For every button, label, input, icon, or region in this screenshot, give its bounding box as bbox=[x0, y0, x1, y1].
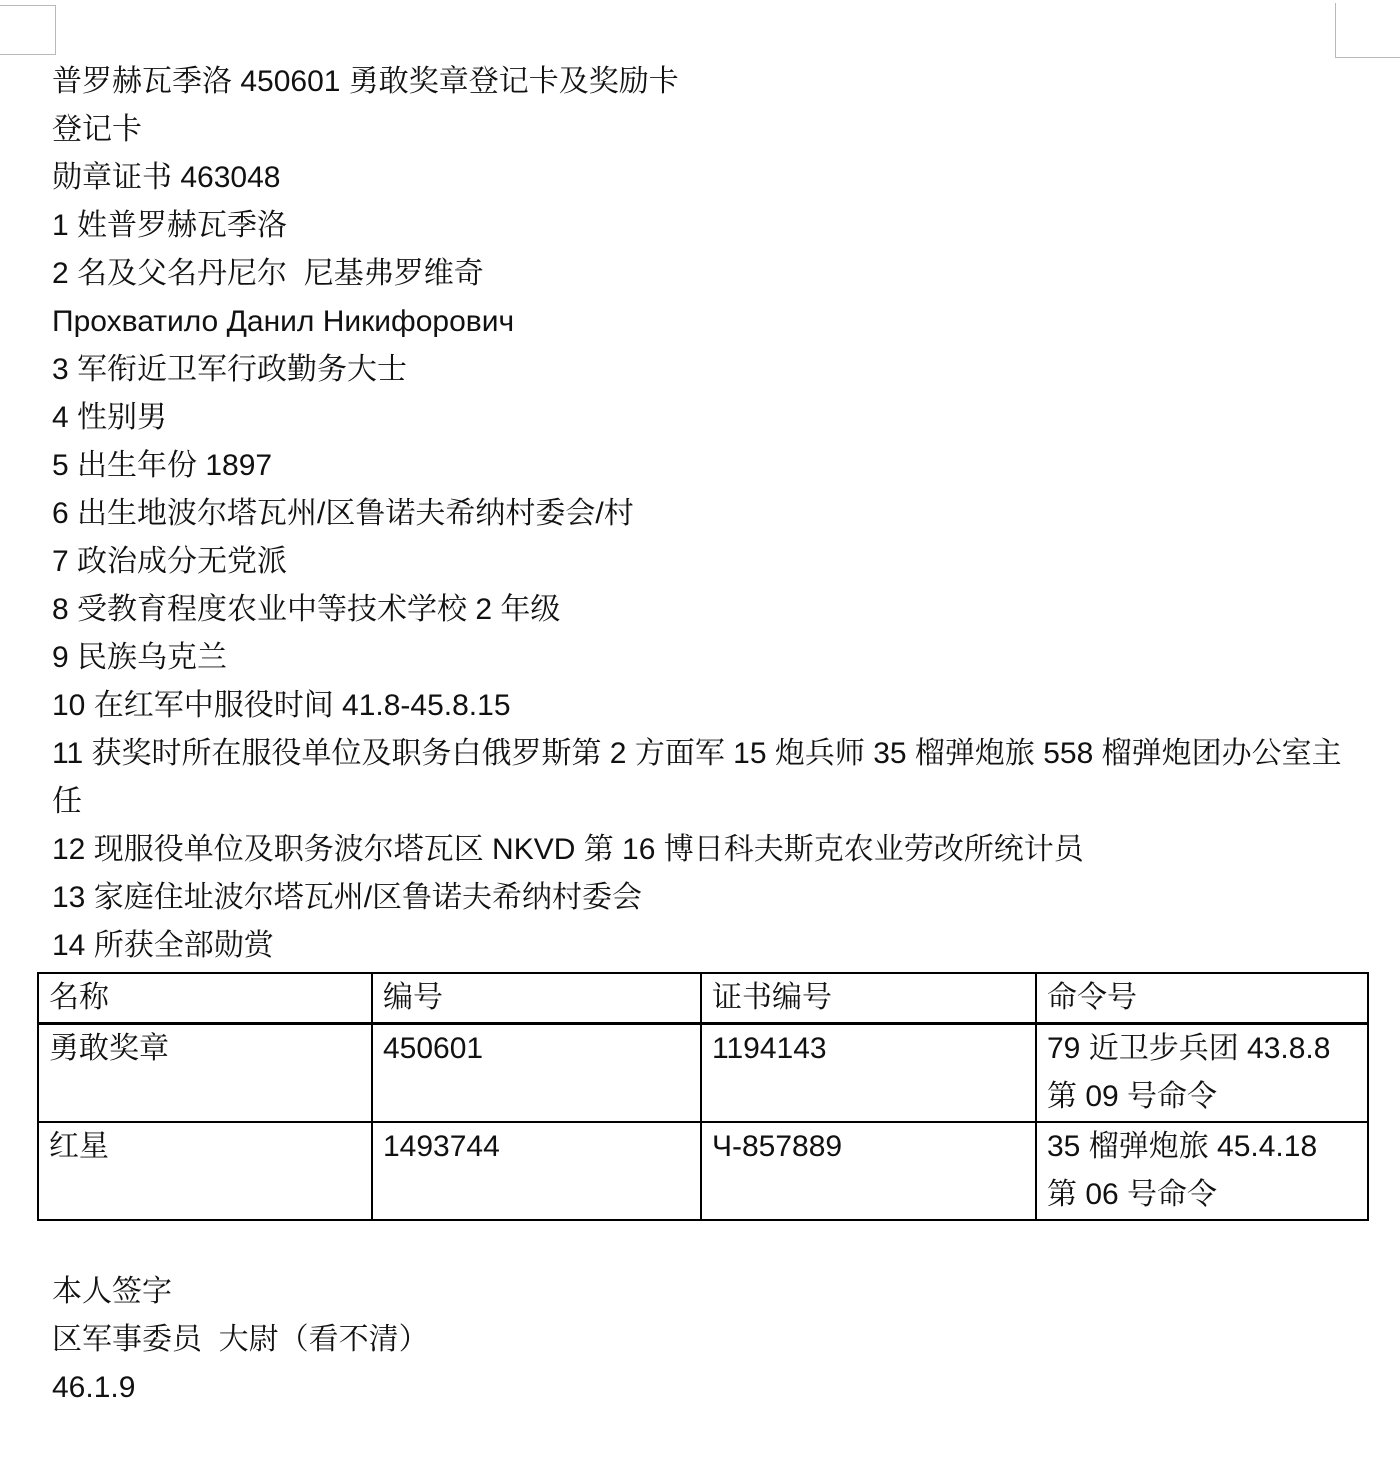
registration-card-line: 登记卡 bbox=[52, 106, 1344, 154]
title-line: 普罗赫瓦季洛 450601 勇敢奖章登记卡及奖励卡 bbox=[52, 58, 1344, 106]
cell-order-number: 35 榴弹炮旅 45.4.18 第 06 号命令 bbox=[1036, 1122, 1368, 1220]
document-body: 普罗赫瓦季洛 450601 勇敢奖章登记卡及奖励卡 登记卡 勋章证书 46304… bbox=[52, 58, 1344, 970]
cell-award-name: 红星 bbox=[38, 1122, 372, 1220]
field-ethnicity: 9 民族乌克兰 bbox=[52, 634, 1344, 682]
page-corner-mark-right bbox=[1335, 3, 1400, 58]
document-footer: 本人签字 区军事委员 大尉（看不清） 46.1.9 bbox=[52, 1268, 1344, 1412]
field-sex: 4 性别男 bbox=[52, 394, 1344, 442]
cell-award-number: 450601 bbox=[372, 1024, 701, 1123]
field-service-period: 10 在红军中服役时间 41.8-45.8.15 bbox=[52, 682, 1344, 730]
cell-certificate-number: Ч-857889 bbox=[701, 1122, 1036, 1220]
header-order-number: 命令号 bbox=[1036, 973, 1368, 1024]
field-education: 8 受教育程度农业中等技术学校 2 年级 bbox=[52, 586, 1344, 634]
commissar-line: 区军事委员 大尉（看不清） bbox=[52, 1316, 1344, 1364]
medal-certificate-line: 勋章证书 463048 bbox=[52, 154, 1344, 202]
cell-award-number: 1493744 bbox=[372, 1122, 701, 1220]
field-political-affiliation: 7 政治成分无党派 bbox=[52, 538, 1344, 586]
header-certificate-number: 证书编号 bbox=[701, 973, 1036, 1024]
awards-table-header-row: 名称 编号 证书编号 命令号 bbox=[38, 973, 1368, 1024]
field-military-rank: 3 军衔近卫军行政勤务大士 bbox=[52, 346, 1344, 394]
field-birthplace: 6 出生地波尔塔瓦州/区鲁诺夫希纳村委会/村 bbox=[52, 490, 1344, 538]
table-row: 红星 1493744 Ч-857889 35 榴弹炮旅 45.4.18 第 06… bbox=[38, 1122, 1368, 1220]
field-name-russian: Прохватило Данил Никифорович bbox=[52, 298, 1344, 346]
field-given-name-patronymic: 2 名及父名丹尼尔 尼基弗罗维奇 bbox=[52, 250, 1344, 298]
field-home-address: 13 家庭住址波尔塔瓦州/区鲁诺夫希纳村委会 bbox=[52, 874, 1344, 922]
cell-award-name: 勇敢奖章 bbox=[38, 1024, 372, 1123]
page-corner-mark-left bbox=[0, 5, 56, 55]
field-birth-year: 5 出生年份 1897 bbox=[52, 442, 1344, 490]
header-award-number: 编号 bbox=[372, 973, 701, 1024]
field-awards-heading: 14 所获全部勋赏 bbox=[52, 922, 1344, 970]
cell-order-number: 79 近卫步兵团 43.8.8 第 09 号命令 bbox=[1036, 1024, 1368, 1123]
header-award-name: 名称 bbox=[38, 973, 372, 1024]
field-unit-at-award: 11 获奖时所在服役单位及职务白俄罗斯第 2 方面军 15 炮兵师 35 榴弹炮… bbox=[52, 730, 1344, 826]
field-current-unit: 12 现服役单位及职务波尔塔瓦区 NKVD 第 16 博日科夫斯克农业劳改所统计… bbox=[52, 826, 1344, 874]
date-line: 46.1.9 bbox=[52, 1364, 1344, 1412]
cell-certificate-number: 1194143 bbox=[701, 1024, 1036, 1123]
field-surname: 1 姓普罗赫瓦季洛 bbox=[52, 202, 1344, 250]
table-row: 勇敢奖章 450601 1194143 79 近卫步兵团 43.8.8 第 09… bbox=[38, 1024, 1368, 1123]
signature-line: 本人签字 bbox=[52, 1268, 1344, 1316]
awards-table: 名称 编号 证书编号 命令号 勇敢奖章 450601 1194143 79 近卫… bbox=[37, 972, 1369, 1221]
